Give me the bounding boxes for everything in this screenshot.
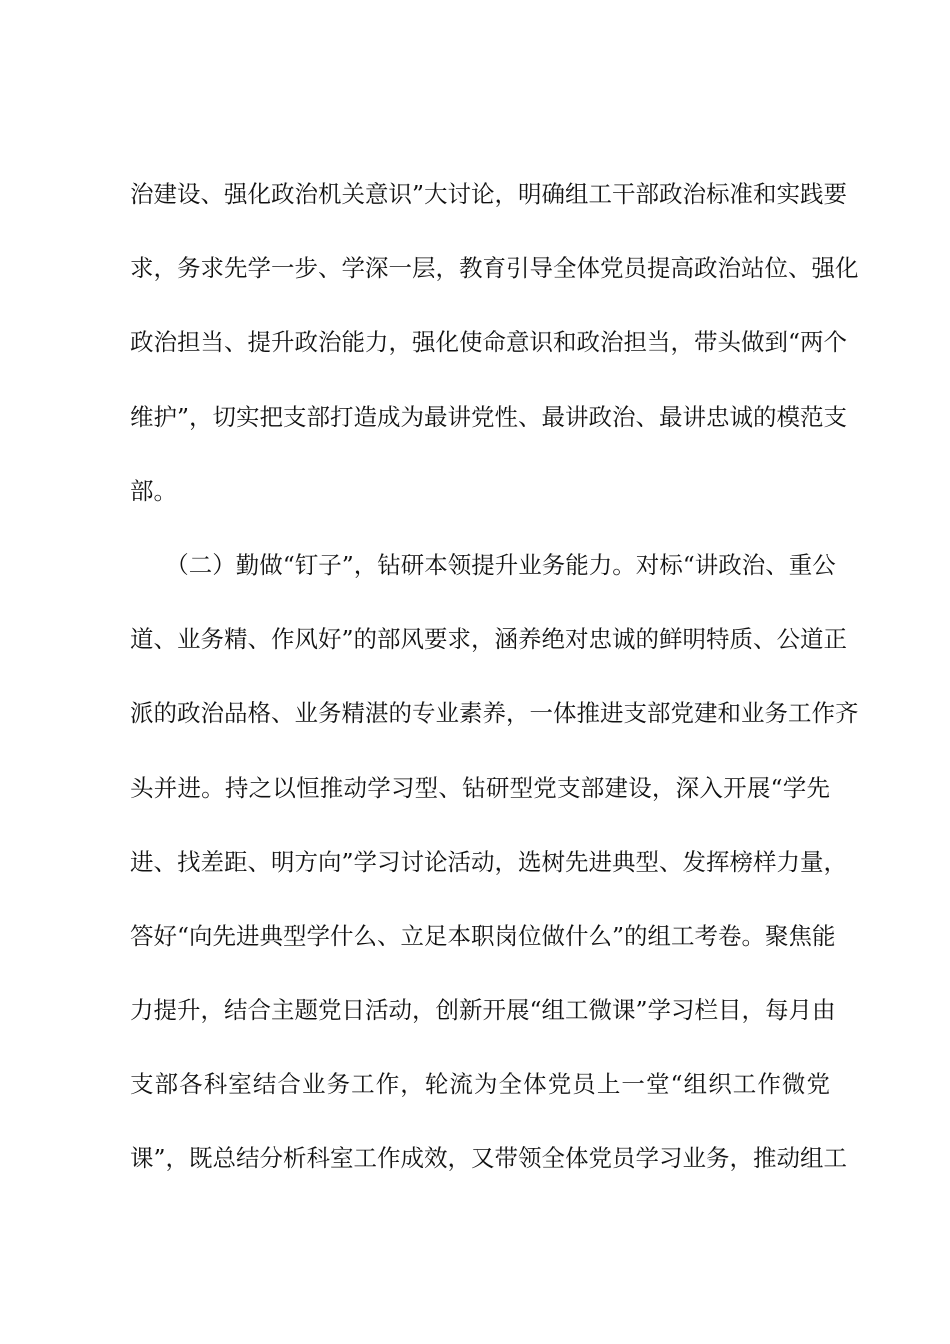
text-line: 力提升，结合主题党日活动，创新开展“组工微课”学习栏目，每月由 (130, 990, 830, 1064)
section-heading-line: （二）勤做“钉子”，钻研本领提升业务能力。对标“讲政治、重公 (130, 545, 830, 619)
text-line: 维护”，切实把支部打造成为最讲党性、最讲政治、最讲忠诚的模范支 (130, 397, 830, 471)
paragraph-section-2: （二）勤做“钉子”，钻研本领提升业务能力。对标“讲政治、重公 道、业务精、作风好… (130, 545, 830, 1213)
text-line: 课”，既总结分析科室工作成效，又带领全体党员学习业务，推动组工 (130, 1138, 830, 1212)
text-line: 派的政治品格、业务精湛的专业素养，一体推进支部党建和业务工作齐 (130, 693, 830, 767)
text-line: 道、业务精、作风好”的部风要求，涵养绝对忠诚的鲜明特质、公道正 (130, 619, 830, 693)
text-line: 支部各科室结合业务工作，轮流为全体党员上一堂“组织工作微党 (130, 1064, 830, 1138)
text-line: 头并进。持之以恒推动学习型、钻研型党支部建设，深入开展“学先 (130, 768, 830, 842)
text-line: 部。 (130, 471, 830, 545)
paragraph-continued: 治建设、强化政治机关意识”大讨论，明确组工干部政治标准和实践要 求，务求先学一步… (130, 174, 830, 545)
text-line: 治建设、强化政治机关意识”大讨论，明确组工干部政治标准和实践要 (130, 174, 830, 248)
text-line: 答好“向先进典型学什么、立足本职岗位做什么”的组工考卷。聚焦能 (130, 916, 830, 990)
document-page: 治建设、强化政治机关意识”大讨论，明确组工干部政治标准和实践要 求，务求先学一步… (0, 0, 950, 1344)
text-line: 进、找差距、明方向”学习讨论活动，选树先进典型、发挥榜样力量， (130, 842, 830, 916)
document-body: 治建设、强化政治机关意识”大讨论，明确组工干部政治标准和实践要 求，务求先学一步… (130, 174, 830, 1213)
text-line: 求，务求先学一步、学深一层，教育引导全体党员提高政治站位、强化 (130, 248, 830, 322)
text-line: 政治担当、提升政治能力，强化使命意识和政治担当，带头做到“两个 (130, 322, 830, 396)
